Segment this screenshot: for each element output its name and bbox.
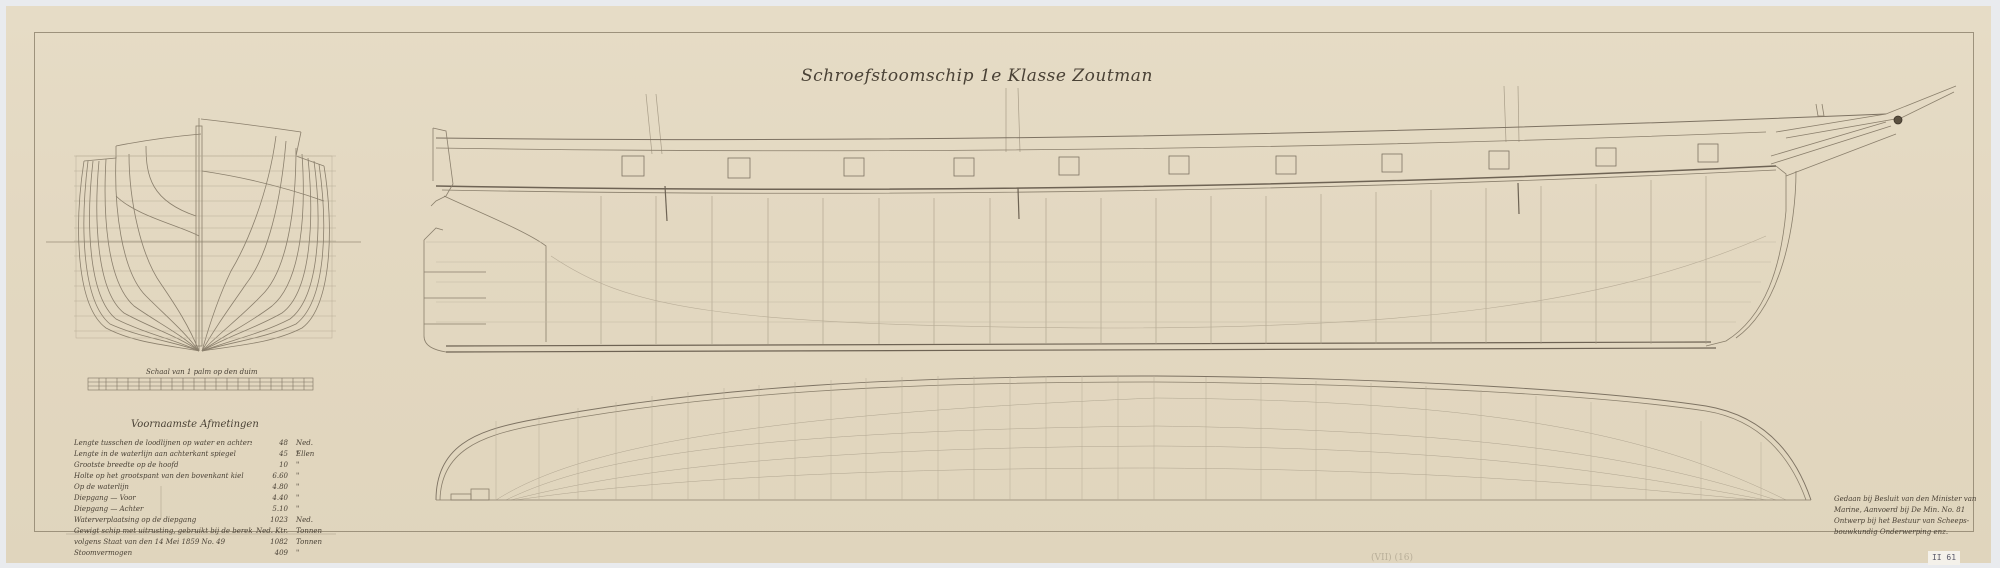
body-plan-view xyxy=(46,118,361,351)
signature-block: Gedaan bij Besluit van den Minister van … xyxy=(1834,494,1976,538)
table-row: Stoomvermogen409" xyxy=(74,548,326,559)
table-row: Lengte tusschen de loodlijnen op water e… xyxy=(74,438,326,449)
table-row: volgens Staat van den 14 Mei 1859 No. 49… xyxy=(74,537,326,548)
sheer-plan-view xyxy=(424,86,1956,352)
dimensions-table-title: Voornaamste Afmetingen xyxy=(131,419,259,430)
table-row: Op de waterlijn4.80" xyxy=(74,482,326,493)
drawing-title: Schroefstoomschip 1e Klasse Zoutman xyxy=(801,66,1153,86)
table-row: Diepgang — Voor4.40" xyxy=(74,493,326,504)
table-row: Diepgang — Achter5.10" xyxy=(74,504,326,515)
scale-bar xyxy=(88,378,313,390)
drawing-sheet: Schroefstoomschip 1e Klasse Zoutman Scha… xyxy=(6,6,1991,563)
table-row: Waterverplaatsing op de diepgang1023 Ned… xyxy=(74,515,326,526)
table-row: Grootste breedte op de hoofd10" xyxy=(74,460,326,471)
scale-label: Schaal van 1 palm op den duim xyxy=(146,368,257,376)
table-row: Lengte in de waterlijn aan achterkant sp… xyxy=(74,449,326,460)
catalog-number-label: II 61 109 xyxy=(1928,551,1960,565)
table-row: Holte op het grootspant van den bovenkan… xyxy=(74,471,326,482)
half-breadth-plan-view xyxy=(436,376,1811,500)
dimensions-table: Lengte tusschen de loodlijnen op water e… xyxy=(74,438,326,559)
inventory-mark: (VII) (16) xyxy=(1371,553,1413,563)
table-row: Gewigt schip met uitrusting, gebruikt bi… xyxy=(74,526,326,537)
